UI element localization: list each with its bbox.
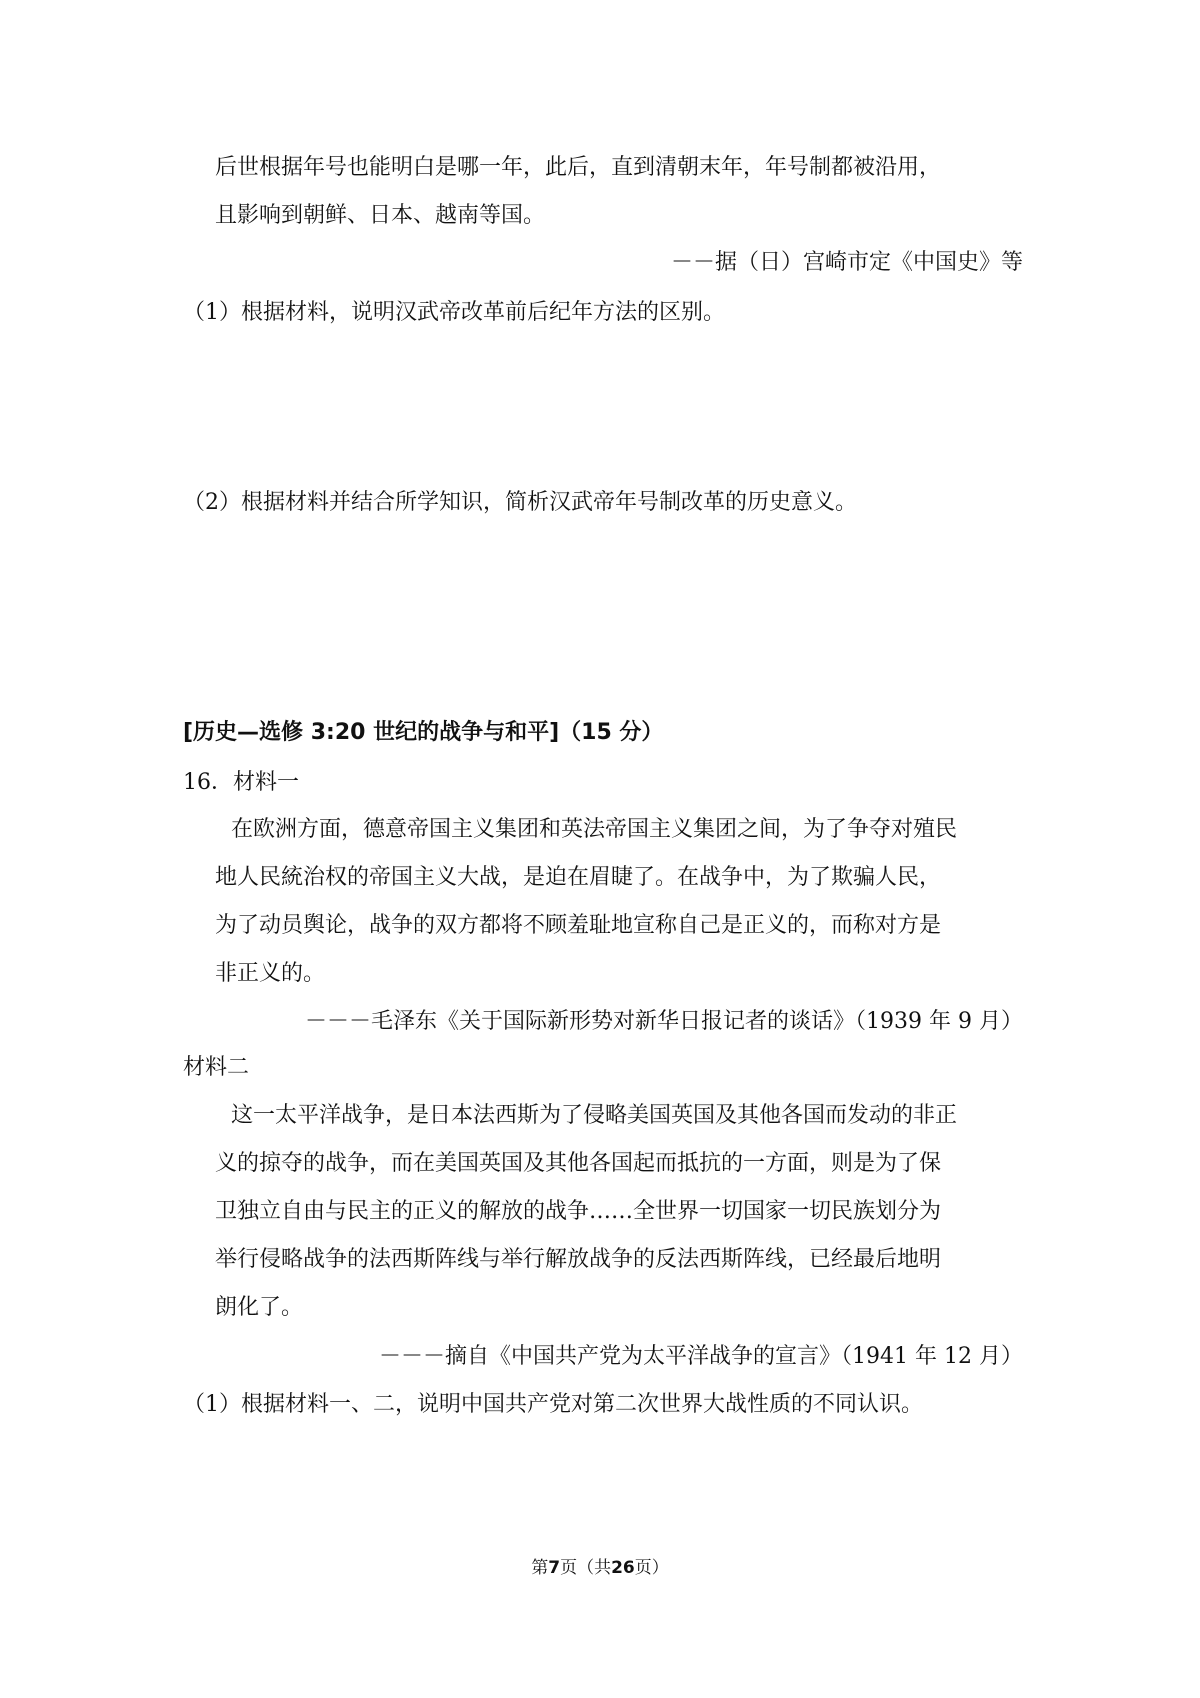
material1-line: 为了动员舆论，战争的双方都将不顾羞耻地宣称自己是正义的，而称对方是 [215,911,941,941]
page-number: 7 [548,1558,560,1578]
page-footer: 第7页（共26页） [0,1553,1200,1578]
material1-line: 在欧洲方面，德意帝国主义集团和英法帝国主义集团之间，为了争夺对殖民 [231,815,957,845]
footer-middle: 页（共 [560,1558,611,1578]
material1-citation: －－－毛泽东《关于国际新形势对新华日报记者的谈话》（1939 年 9 月） [305,1007,1023,1037]
question-number-label: 16．材料一 [183,768,299,798]
material2-line: 义的掠夺的战争，而在美国英国及其他各国起而抵抗的一方面，则是为了保 [215,1149,941,1179]
section-header: [历史—选修 3:20 世纪的战争与和平]（15 分） [183,718,663,748]
material1-line: 地人民統治权的帝国主义大战，是迫在眉睫了。在战争中，为了欺骗人民， [215,863,941,893]
material-line: 且影响到朝鲜、日本、越南等国。 [215,201,545,231]
question-item: （2）根据材料并结合所学知识，简析汉武帝年号制改革的历史意义。 [183,488,857,518]
material2-line: 这一太平洋战争，是日本法西斯为了侵略美国英国及其他各国而发动的非正 [231,1101,957,1131]
footer-suffix: 页） [635,1558,669,1578]
question-item: （1）根据材料，说明汉武帝改革前后纪年方法的区别。 [183,298,725,328]
material-line: 后世根据年号也能明白是哪一年，此后，直到清朝末年，年号制都被沿用， [215,153,941,183]
question-item: （1）根据材料一、二，说明中国共产党对第二次世界大战性质的不同认识。 [183,1390,923,1420]
material2-line: 举行侵略战争的法西斯阵线与举行解放战争的反法西斯阵线，已经最后地明 [215,1245,941,1275]
total-pages: 26 [611,1558,635,1578]
material2-line: 卫独立自由与民主的正义的解放的战争……全世界一切国家一切民族划分为 [215,1197,941,1227]
material2-line: 朗化了。 [215,1293,303,1323]
material2-citation: －－－摘自《中国共产党为太平洋战争的宣言》（1941 年 12 月） [379,1342,1023,1372]
material1-line: 非正义的。 [215,959,325,989]
material2-label: 材料二 [183,1053,249,1083]
footer-prefix: 第 [531,1558,548,1578]
material-citation: －－据（日）宫崎市定《中国史》等 [671,248,1023,278]
